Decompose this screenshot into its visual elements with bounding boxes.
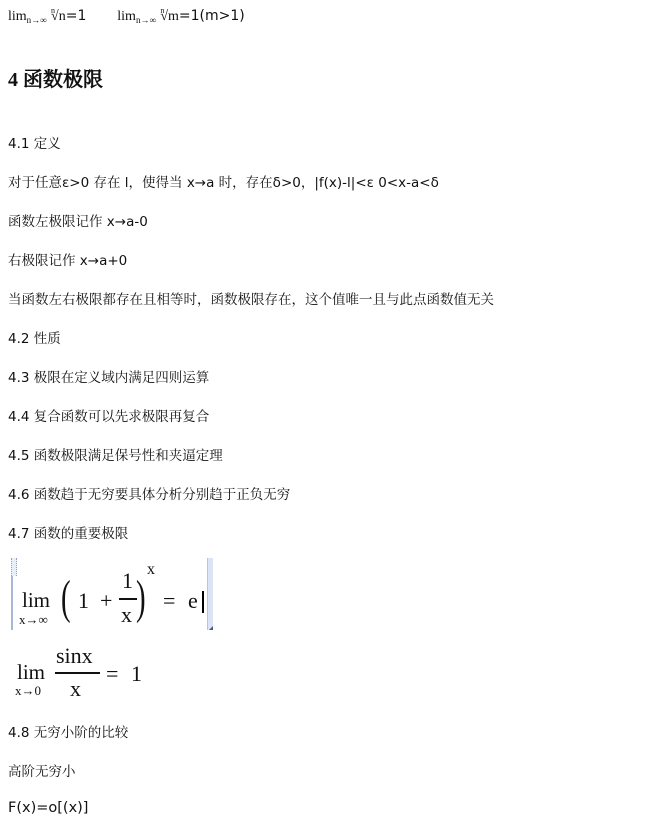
subsection-4-4: 4.4 复合函数可以先求极限再复合 <box>8 408 209 426</box>
subsection-4-3: 4.3 极限在定义域内满足四则运算 <box>8 369 209 387</box>
fraction-denominator: x <box>70 676 81 702</box>
subsection-4-2: 4.2 性质 <box>8 330 61 348</box>
result-one: 1 <box>131 661 142 687</box>
definition-text: 对于任意ε>0 存在 l，使得当 x→a 时，存在δ>0，|f(x)-l|<ε … <box>8 174 439 192</box>
result-e: e <box>188 588 198 614</box>
formula-nth-root-m: limn→∞ n√m=1(m>1) <box>117 8 244 24</box>
subsection-4-6: 4.6 函数趋于无穷要具体分析分别趋于正负无穷 <box>8 486 290 504</box>
equation-editor-box[interactable]: lim x→∞ ( 1 + 1 x ) x = e <box>11 558 213 630</box>
text-cursor <box>202 591 204 613</box>
subsection-4-5: 4.5 函数极限满足保号性和夹逼定理 <box>8 447 223 465</box>
higher-order-infinitesimal-text: 高阶无穷小 <box>8 763 76 781</box>
top-formula-line: limn→∞ n√n=1 limn→∞ n√m=1(m>1) <box>8 1 245 30</box>
exponent: x <box>147 561 155 579</box>
nth-root: n√m <box>160 9 179 24</box>
left-limit-text: 函数左极限记作 x→a-0 <box>8 213 148 231</box>
fraction-bar <box>55 672 100 674</box>
plus-sign: + <box>100 588 112 614</box>
lim-subscript: x→∞ <box>19 612 48 628</box>
subsection-4-1: 4.1 定义 <box>8 135 61 153</box>
fraction-bar <box>119 598 137 600</box>
nth-root: n√n <box>51 9 66 24</box>
subsection-4-7: 4.7 函数的重要极限 <box>8 525 128 543</box>
subsection-4-8: 4.8 无穷小阶的比较 <box>8 724 128 742</box>
equation-box-right-border <box>207 558 213 630</box>
right-limit-text: 右极限记作 x→a+0 <box>8 252 127 270</box>
formula-nth-root-n: limn→∞ n√n=1 <box>8 8 91 24</box>
right-paren: ) <box>136 570 146 625</box>
fraction-numerator: 1 <box>122 568 133 594</box>
equation-drag-handle[interactable] <box>11 558 17 576</box>
little-o-formula: F(x)=o[(x)] <box>8 799 88 817</box>
equation-options-corner-icon[interactable] <box>209 626 213 630</box>
term-one: 1 <box>78 588 89 614</box>
left-paren: ( <box>61 570 71 625</box>
equation-sinx-over-x: lim x→0 sinx x = 1 <box>0 640 200 708</box>
existence-text: 当函数左右极限都存在且相等时，函数极限存在，这个值唯一且与此点函数值无关 <box>8 291 494 309</box>
lim-operator: lim <box>17 660 45 685</box>
equals-sign: = <box>163 588 175 614</box>
fraction-numerator: sinx <box>56 643 93 669</box>
lim-operator: lim <box>22 588 50 613</box>
equals-sign: = <box>106 661 118 687</box>
section-heading: 4 函数极限 <box>8 67 103 93</box>
lim-subscript: x→0 <box>15 683 41 699</box>
fraction-denominator: x <box>121 602 132 628</box>
